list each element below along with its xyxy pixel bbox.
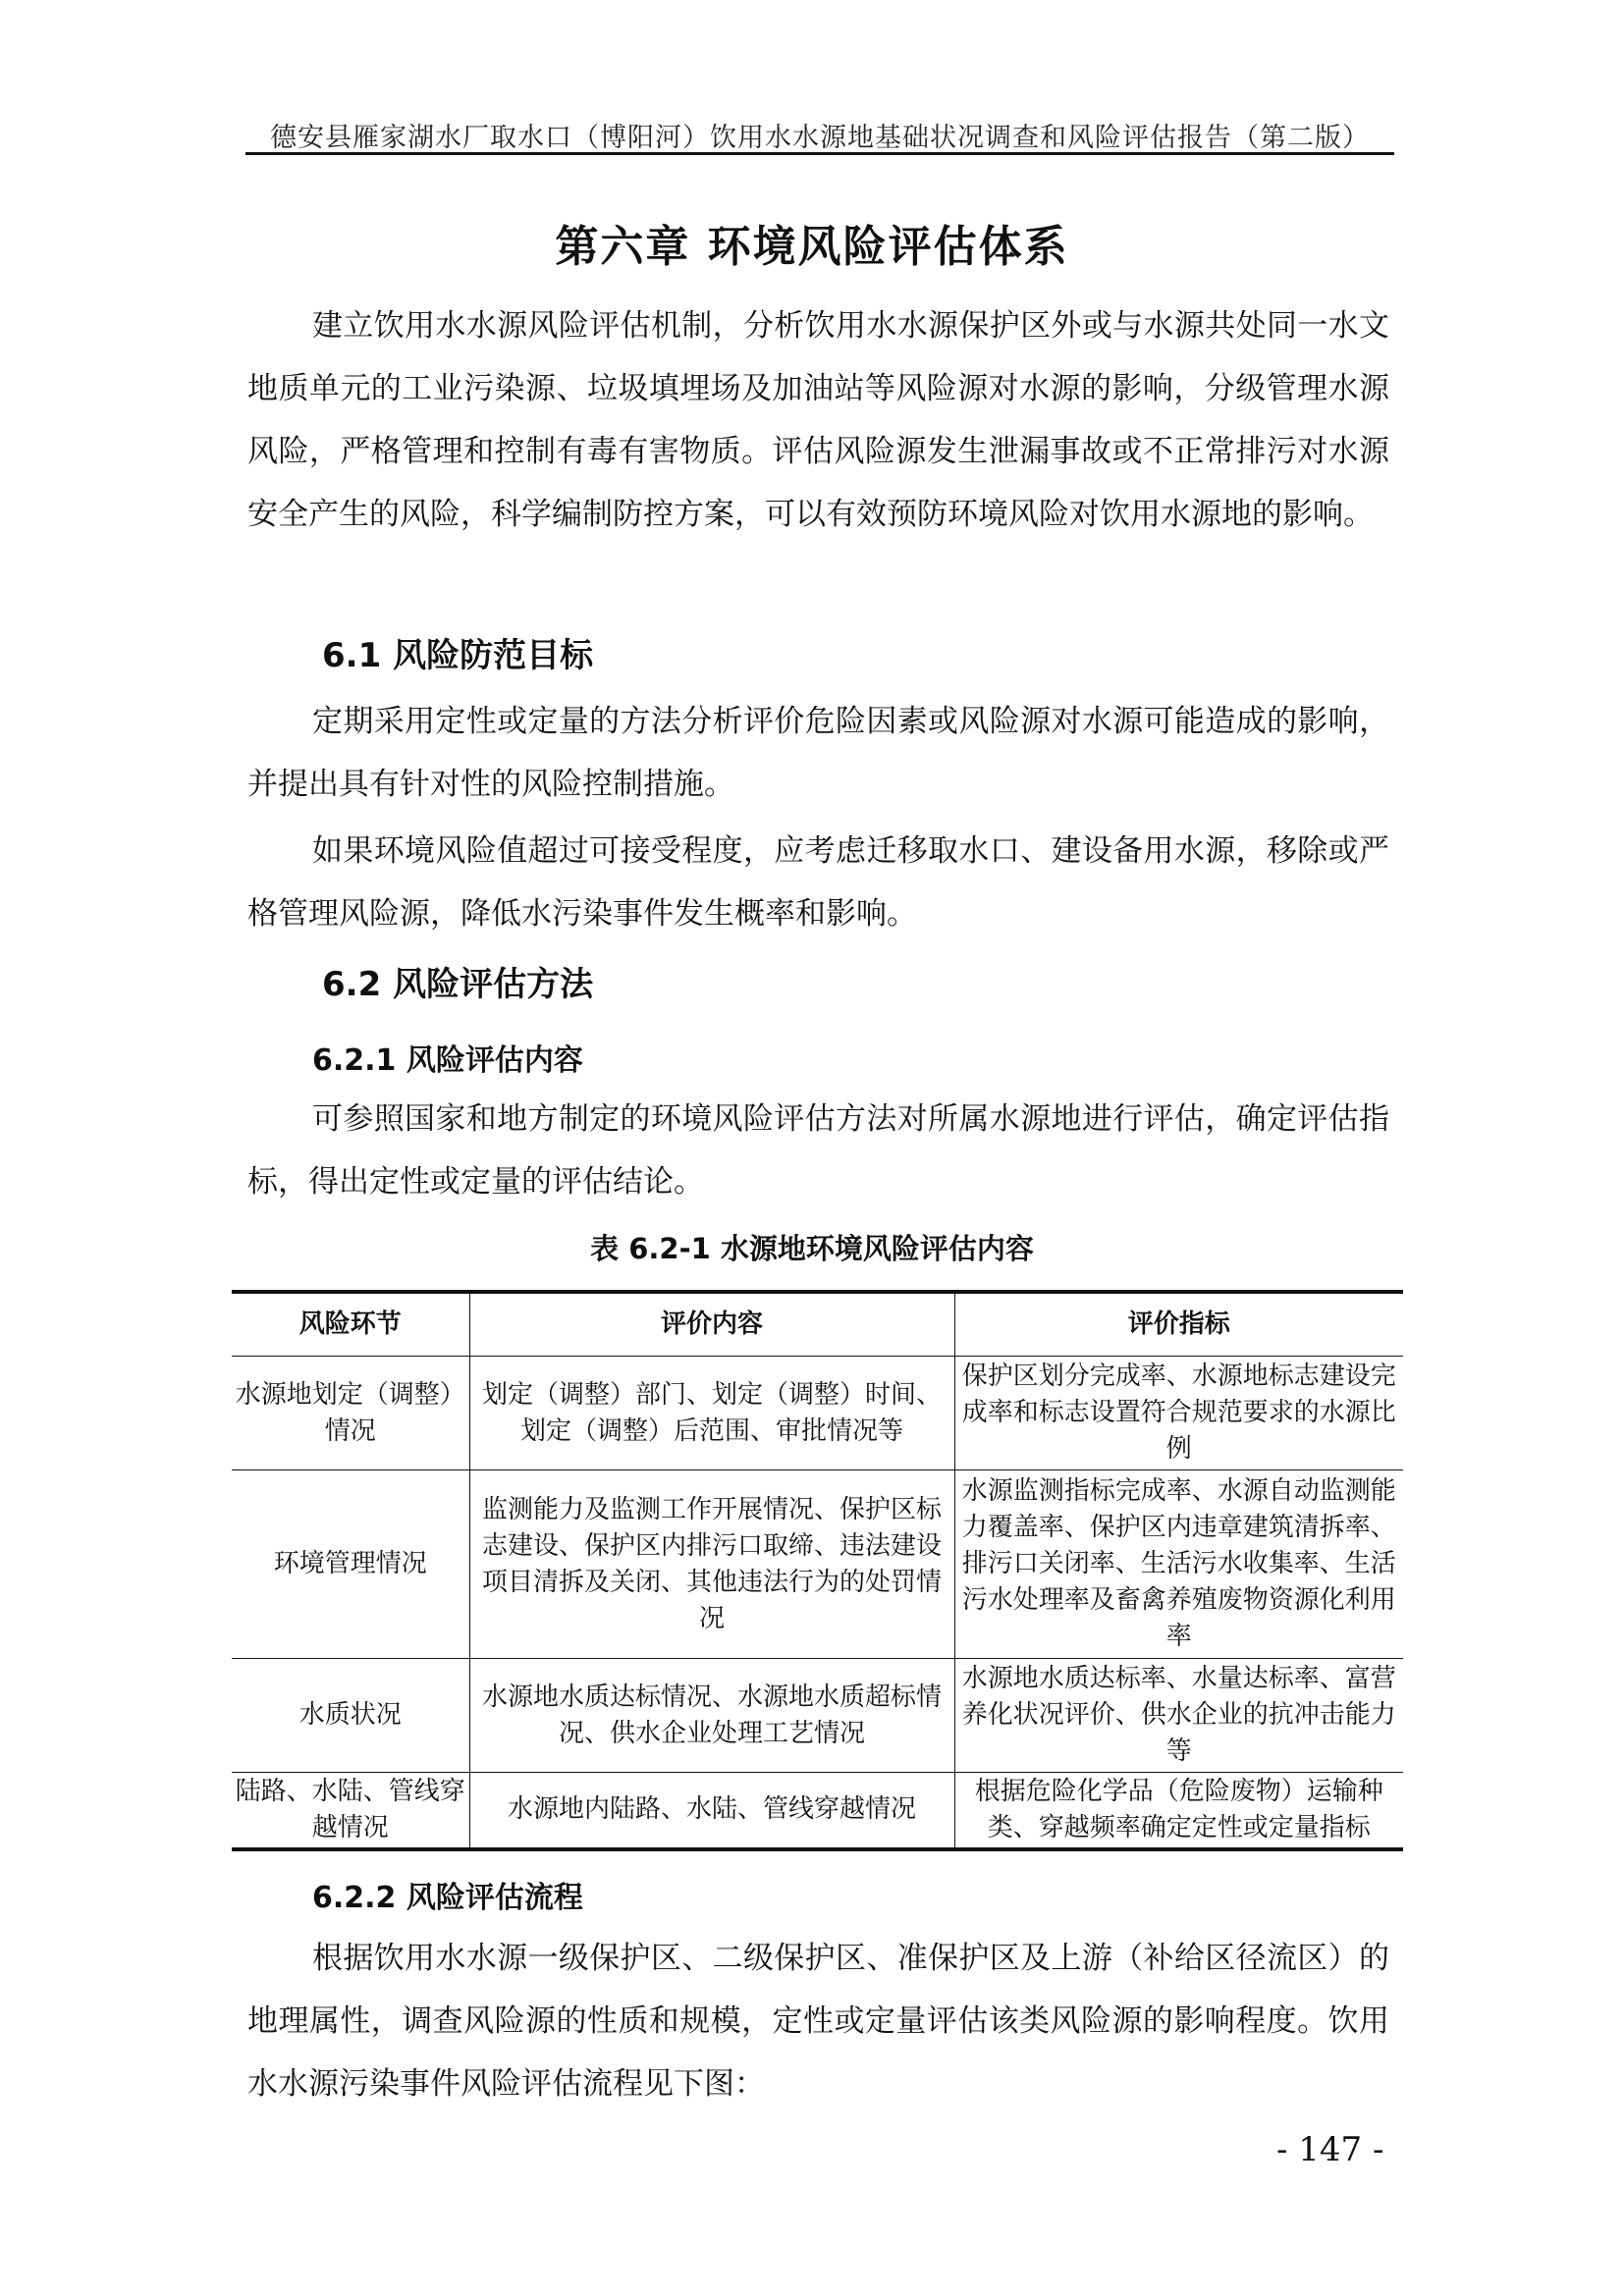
table-cell: 水源地水质达标情况、水源地水质超标情况、供水企业处理工艺情况 — [469, 1659, 954, 1773]
column-header: 风险环节 — [232, 1292, 469, 1357]
table-header-row: 风险环节 评价内容 评价指标 — [232, 1292, 1403, 1357]
table-cell: 划定（调整）部门、划定（调整）时间、划定（调整）后范围、审批情况等 — [469, 1357, 954, 1470]
table-cell: 水源地划定（调整）情况 — [232, 1357, 469, 1470]
table-row: 水源地划定（调整）情况 划定（调整）部门、划定（调整）时间、划定（调整）后范围、… — [232, 1357, 1403, 1470]
chapter-title: 第六章 环境风险评估体系 — [0, 211, 1624, 274]
table-cell: 水质状况 — [232, 1659, 469, 1773]
table-caption: 表 6.2-1 水源地环境风险评估内容 — [0, 1227, 1624, 1267]
section-6-2-2-paragraph: 根据饮用水水源一级保护区、二级保护区、准保护区及上游（补给区径流区）的地理属性，… — [247, 1927, 1389, 2115]
table-cell: 环境管理情况 — [232, 1470, 469, 1659]
subsection-heading-6-2-1: 6.2.1 风险评估内容 — [312, 1036, 583, 1079]
column-header: 评价指标 — [954, 1292, 1403, 1357]
table-row: 水质状况 水源地水质达标情况、水源地水质超标情况、供水企业处理工艺情况 水源地水… — [232, 1659, 1403, 1773]
table-cell: 水源监测指标完成率、水源自动监测能力覆盖率、保护区内违章建筑清拆率、排污口关闭率… — [954, 1470, 1403, 1659]
header-rule — [245, 152, 1394, 155]
table-row: 陆路、水陆、管线穿越情况 水源地内陆路、水陆、管线穿越情况 根据危险化学品（危险… — [232, 1773, 1403, 1849]
table-cell: 监测能力及监测工作开展情况、保护区标志建设、保护区内排污口取缔、违法建设项目清拆… — [469, 1470, 954, 1659]
table-cell: 水源地内陆路、水陆、管线穿越情况 — [469, 1773, 954, 1849]
chapter-intro-paragraph: 建立饮用水水源风险评估机制，分析饮用水水源保护区外或与水源共处同一水文地质单元的… — [247, 294, 1389, 546]
column-header: 评价内容 — [469, 1292, 954, 1357]
table-row: 环境管理情况 监测能力及监测工作开展情况、保护区标志建设、保护区内排污口取缔、违… — [232, 1470, 1403, 1659]
section-heading-6-1: 6.1 风险防范目标 — [322, 628, 593, 676]
section-heading-6-2: 6.2 风险评估方法 — [322, 957, 593, 1005]
section-6-1-paragraph-1: 定期采用定性或定量的方法分析评价危险因素或风险源对水源可能造成的影响，并提出具有… — [247, 690, 1389, 816]
table-cell: 陆路、水陆、管线穿越情况 — [232, 1773, 469, 1849]
section-6-2-1-paragraph: 可参照国家和地方制定的环境风险评估方法对所属水源地进行评估，确定评估指标，得出定… — [247, 1088, 1389, 1213]
page-number: - 147 - — [1276, 2130, 1384, 2169]
table-cell: 水源地水质达标率、水量达标率、富营养化状况评价、供水企业的抗冲击能力等 — [954, 1659, 1403, 1773]
table-cell: 保护区划分完成率、水源地标志建设完成率和标志设置符合规范要求的水源比例 — [954, 1357, 1403, 1470]
risk-assessment-table: 风险环节 评价内容 评价指标 水源地划定（调整）情况 划定（调整）部门、划定（调… — [232, 1290, 1403, 1851]
section-6-1-paragraph-2: 如果环境风险值超过可接受程度，应考虑迁移取水口、建设备用水源，移除或严格管理风险… — [247, 820, 1389, 945]
subsection-heading-6-2-2: 6.2.2 风险评估流程 — [312, 1873, 583, 1916]
running-header: 德安县雁家湖水厂取水口（博阳河）饮用水水源地基础状况调查和风险评估报告（第二版） — [245, 116, 1394, 154]
table-cell: 根据危险化学品（危险废物）运输种类、穿越频率确定定性或定量指标 — [954, 1773, 1403, 1849]
